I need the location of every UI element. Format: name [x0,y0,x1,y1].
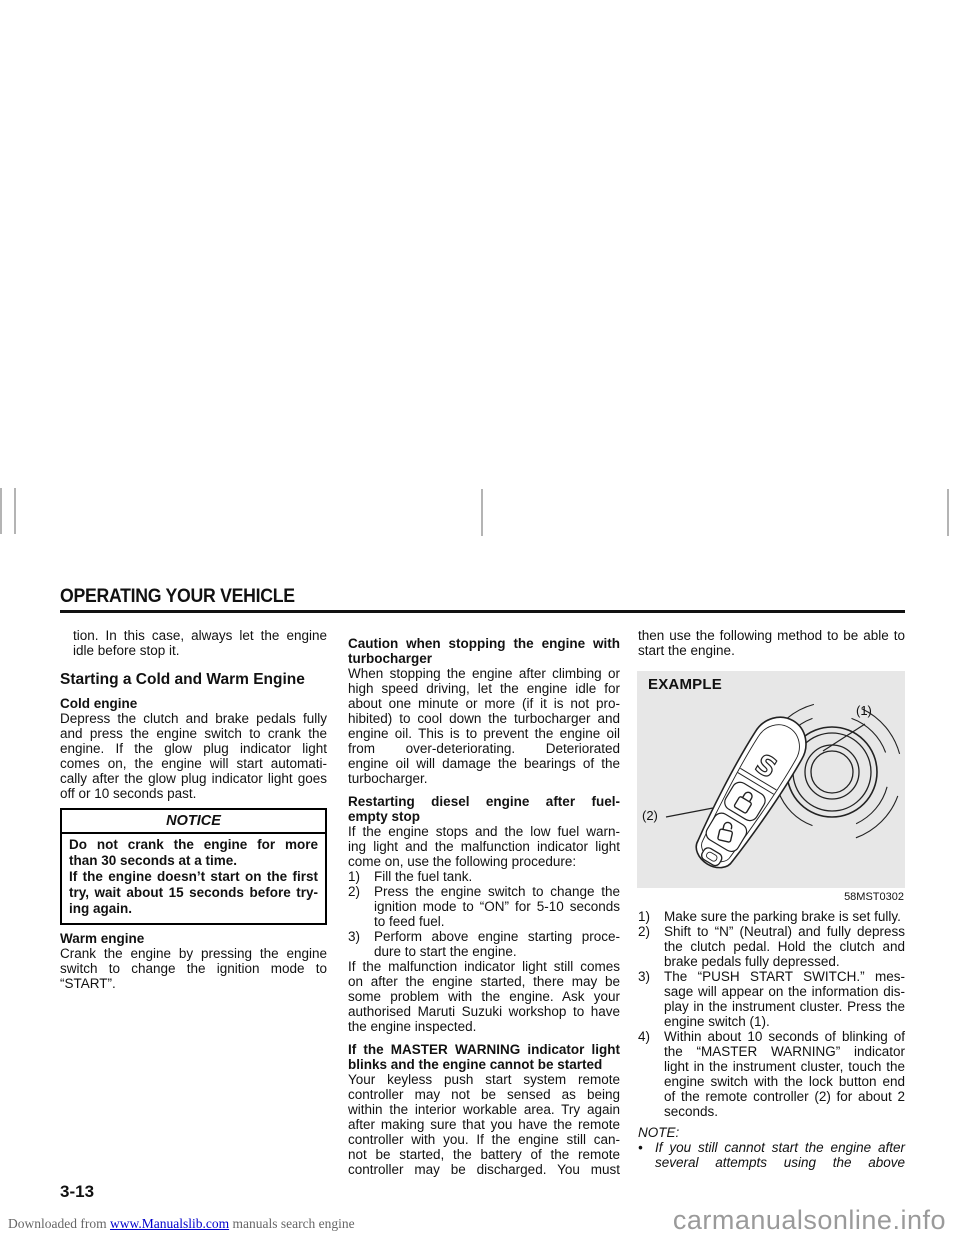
notice-box: NOTICEDo not crank the engine for moreth… [60,808,327,925]
paragraph: Your keyless push start system remotecon… [348,1072,620,1177]
text-line: Within about 10 seconds of blinking of [664,1029,905,1044]
list-item: 1)Fill the fuel tank. [348,869,620,884]
figure-code: 58MST0302 [638,891,904,903]
bold-heading: If the MASTER WARNING indicator lightbli… [348,1042,620,1072]
callout-2-label: (2) [642,808,658,823]
header-rule [60,610,905,613]
bold-heading: Restarting diesel engine after fuel-empt… [348,794,620,824]
text-line: Fill the fuel tank. [374,869,620,884]
key-fob-icon: S [684,707,817,878]
paragraph: Depress the clutch and brake pedals full… [60,711,327,801]
text-line: than 30 seconds at a time. [69,853,318,869]
text-line: If the engine stops and the low fuel war… [348,824,620,839]
text-line: within the interior workable area. Try a… [348,1102,620,1117]
scan-artifact-line [481,489,483,536]
text-line: from over-deteriorating. Deteriorated [348,741,620,756]
text-line: seconds. [664,1104,905,1119]
text-line: blinks and the engine cannot be started [348,1057,620,1072]
notice-body: Do not crank the engine for morethan 30 … [62,834,325,923]
text-line: engine. If the glow plug indicator light [60,741,327,756]
list-item: 1)Make sure the parking brake is set ful… [638,909,905,924]
text-line: ing light and the malfunction indicator … [348,839,620,854]
text-line: the “MASTER WARNING” indicator [664,1044,905,1059]
text-line: authorised Maruti Suzuki workshop to hav… [348,1004,620,1019]
text-line: not be started, the battery of the remot… [348,1147,620,1162]
text-line: turbocharger [348,651,620,666]
text-line: The “PUSH START SWITCH.” mes- [664,969,905,984]
list-item: 3)The “PUSH START SWITCH.” mes-sage will… [638,969,905,1029]
paragraph: When stopping the engine after climbing … [348,666,620,786]
right-intro: then use the following method to be able… [638,628,905,658]
text-line: the engine inspected. [348,1019,620,1034]
manualslib-watermark: Downloaded from www.Manualslib.com manua… [8,1216,355,1232]
text-line: brake pedals fully depressed. [664,954,905,969]
text-line: If the MASTER WARNING indicator light [348,1042,620,1057]
list-marker: 3) [638,969,650,984]
text-line: try, wait about 15 seconds before try- [69,885,318,901]
text-line: Perform above engine starting proce- [374,929,620,944]
example-label: EXAMPLE [648,677,722,692]
text-line: engine switch with the lock button end [664,1074,905,1089]
list-item: 4)Within about 10 seconds of blinking of… [638,1029,905,1119]
bold-heading: Caution when stopping the engine withtur… [348,636,620,666]
text-line: controller may be discharged. You must [348,1162,620,1177]
text-line: cally after the glow plug indicator ligh… [60,771,327,786]
text-line: Press the engine switch to change the [374,884,620,899]
list-marker: 2) [638,924,650,939]
column-right: then use the following method to be able… [638,628,905,1170]
text-line: Caution when stopping the engine with [348,636,620,651]
text-line: When stopping the engine after climbing … [348,666,620,681]
scan-artifact-line [0,488,2,534]
paragraph: Crank the engine by pressing the engines… [60,946,327,991]
text-line: Do not crank the engine for more [69,837,318,853]
column-left: tion. In this case, always let the engin… [60,628,327,991]
paragraph: If the malfunction indicator light still… [348,959,620,1034]
text-line: ing again. [69,901,318,917]
paragraph: then use the following method to be able… [638,628,905,658]
sub-heading: Warm engine [60,931,327,946]
text-line: Restarting diesel engine after fuel- [348,794,620,809]
manualslib-link[interactable]: www.Manualslib.com [110,1216,229,1231]
paragraph: If the engine stops and the low fuel war… [348,824,620,869]
text-line: light in the instrument cluster, touch t… [664,1059,905,1074]
list-item: •If you still cannot start the engine af… [638,1140,905,1170]
text-line: start the engine. [638,643,905,658]
text-line: dure to start the engine. [374,944,620,959]
right-steps: 1)Make sure the parking brake is set ful… [638,909,905,1170]
page-number: 3-13 [60,1182,94,1202]
text-line: the clutch pedal. Hold the clutch and [664,939,905,954]
text-line: high speed driving, let the engine idle … [348,681,620,696]
text-line: turbocharger. [348,771,620,786]
list-marker: 1) [638,909,650,924]
text-line: engine oil will damage the bearings of t… [348,756,620,771]
text-line: idle before stop it. [73,643,327,658]
list-item: 2)Press the engine switch to change thei… [348,884,620,929]
callout-1-label: (1) [856,703,872,718]
text-line: Make sure the parking brake is set fully… [664,909,905,924]
scan-artifact-line [947,489,949,536]
list-item: 3)Perform above engine starting proce-du… [348,929,620,959]
text-line: to feed fuel. [374,914,620,929]
text-line: some problem with the engine. Ask your [348,989,620,1004]
text-line: off or 10 seconds past. [60,786,327,801]
carmanualsonline-watermark: carmanualsonline.info [673,1205,946,1236]
text-line: Crank the engine by pressing the engine [60,946,327,961]
text-line: controller may not be sensed as being [348,1087,620,1102]
section-title: OPERATING YOUR VEHICLE [60,586,295,608]
scan-artifact-line [14,488,16,534]
text-line: engine oil. This is to prevent the engin… [348,726,620,741]
text-line: Depress the clutch and brake pedals full… [60,711,327,726]
notice-title: NOTICE [62,810,325,834]
paragraph: tion. In this case, always let the engin… [60,628,327,658]
text-line: Your keyless push start system remote [348,1072,620,1087]
downloaded-prefix: Downloaded from [8,1216,110,1231]
text-line: If the engine doesn’t start on the first [69,869,318,885]
text-line: NOTE: [638,1125,905,1140]
section-heading: Starting a Cold and Warm Engine [60,670,327,690]
list-marker: 3) [348,929,360,944]
text-line: hibited) to cool down the turbocharger a… [348,711,620,726]
manual-page: OPERATING YOUR VEHICLE tion. In this cas… [0,0,960,1242]
text-line: engine switch (1). [664,1014,905,1029]
sub-heading: Cold engine [60,696,327,711]
text-line: controller with you. If the engine still… [348,1132,620,1147]
text-line: “START”. [60,976,327,991]
list-item: 2)Shift to “N” (Neutral) and fully depre… [638,924,905,969]
text-line: sage will appear on the information dis- [664,984,905,999]
text-line: several attempts using the above [655,1155,905,1170]
downloaded-suffix: manuals search engine [229,1216,355,1231]
text-line: If you still cannot start the engine aft… [655,1140,905,1155]
text-line: tion. In this case, always let the engin… [73,628,327,643]
text-line: ignition mode to “ON” for 5-10 seconds [374,899,620,914]
text-line: play in the instrument cluster. Press th… [664,999,905,1014]
text-line: comes on, the engine will start automati… [60,756,327,771]
list-marker: 2) [348,884,360,899]
text-line: If the malfunction indicator light still… [348,959,620,974]
text-line: empty stop [348,809,620,824]
text-line: then use the following method to be able… [638,628,905,643]
text-line: on after the engine started, there may b… [348,974,620,989]
text-line: switch to change the ignition mode to [60,961,327,976]
list-marker: • [638,1140,643,1155]
column-middle: Caution when stopping the engine withtur… [348,628,620,1177]
text-line: about one minute or more (if it is not p… [348,696,620,711]
example-figure: S [637,671,905,888]
text-line: Shift to “N” (Neutral) and fully depress [664,924,905,939]
list-marker: 4) [638,1029,650,1044]
text-line: and press the engine switch to crank the [60,726,327,741]
list-marker: 1) [348,869,360,884]
text-line: come on, use the following procedure: [348,854,620,869]
text-line: after making sure that you have the remo… [348,1117,620,1132]
note-label: NOTE: [638,1125,905,1140]
text-line: of the remote controller (2) for about 2 [664,1089,905,1104]
